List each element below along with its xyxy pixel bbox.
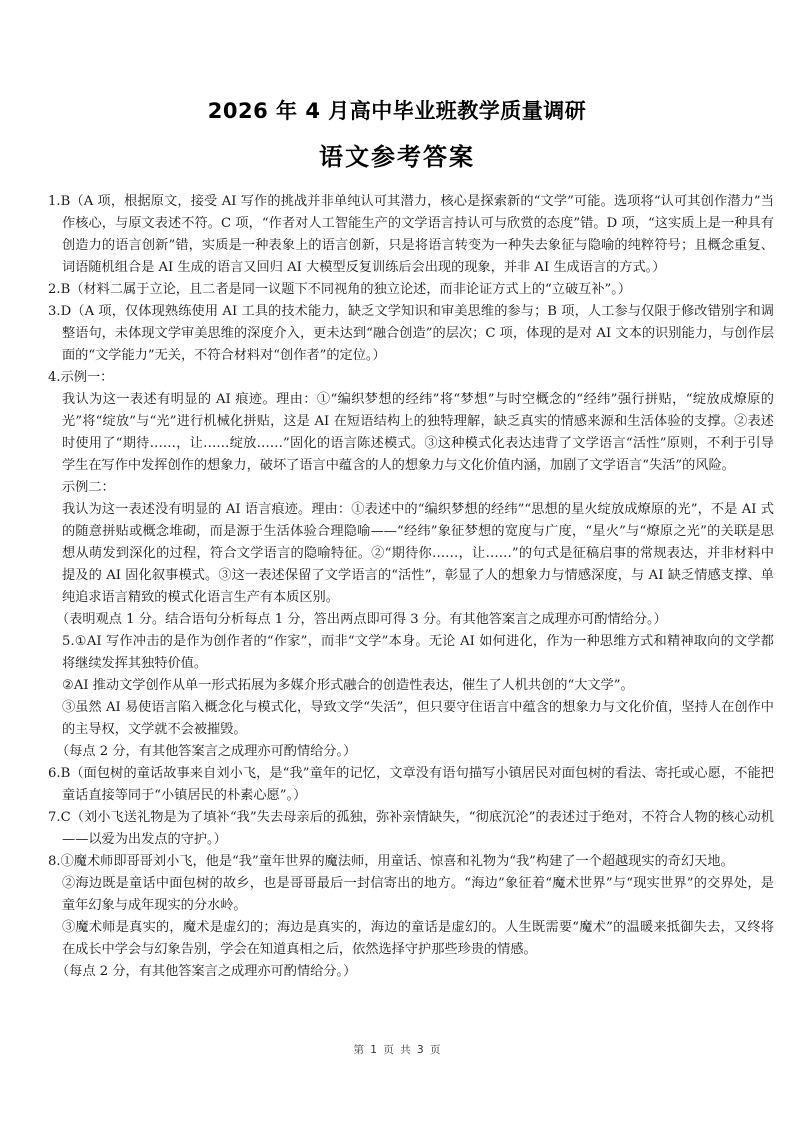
answer-q4-head: 4.示例一： xyxy=(48,367,774,389)
answer-q3: 3.D（A 项，仅体现熟练使用 AI 工具的技术能力，缺乏文学知识和审美思维的参… xyxy=(48,301,774,367)
answer-q8-point3: ③魔术师是真实的，魔术是虚幻的；海边是真实的，海边的童话是虚幻的。人生既需要“魔… xyxy=(48,917,774,961)
answer-key-page: 2026 年 4 月高中毕业班教学质量调研 语文参考答案 1.B（A 项，根据原… xyxy=(0,0,794,1123)
answer-q2: 2.B（材料二属于立论，且二者是同一议题下不同视角的独立论述，而非论证方式上的“… xyxy=(48,279,774,301)
document-title: 2026 年 4 月高中毕业班教学质量调研 xyxy=(0,95,794,125)
answer-q5-point2: ②AI 推动文学创作从单一形式拓展为多媒介形式融合的创造性表达，催生了人机共创的… xyxy=(48,675,774,697)
answer-q8-point1: 8.①魔术师即哥哥刘小飞，他是“我”童年世界的魔法师，用童话、惊喜和礼物为“我”… xyxy=(48,851,774,873)
answer-q4-scoring: （表明观点 1 分。结合语句分析每点 1 分，答出两点即可得 3 分。有其他答案… xyxy=(48,609,774,631)
page-indicator: 第 1 页 共 3 页 xyxy=(0,1042,794,1057)
answer-q1: 1.B（A 项，根据原文，接受 AI 写作的挑战并非单纯认可其潜力，核心是探索新… xyxy=(48,191,774,279)
document-subtitle: 语文参考答案 xyxy=(0,137,794,172)
answer-q8-point2: ②海边既是童话中面包树的故乡，也是哥哥最后一封信寄出的地方。“海边”象征着“魔术… xyxy=(48,873,774,917)
answer-q5: 5.①AI 写作冲击的是作为创作者的“作家”，而非“文学”本身。无论 AI 如何… xyxy=(48,631,774,763)
answer-q7: 7.C（刘小飞送礼物是为了填补“我”失去母亲后的孤独，弥补亲情缺失，“彻底沉沦”… xyxy=(48,807,774,851)
answer-q4: 4.示例一： 我认为这一表述有明显的 AI 痕迹。理由：①“编织梦想的经纬”将“… xyxy=(48,367,774,631)
answer-q8-scoring: （每点 2 分，有其他答案言之成理亦可酌情给分。） xyxy=(48,961,774,983)
answer-q5-point1: 5.①AI 写作冲击的是作为创作者的“作家”，而非“文学”本身。无论 AI 如何… xyxy=(48,631,774,675)
answer-q5-scoring: （每点 2 分，有其他答案言之成理亦可酌情给分。） xyxy=(48,741,774,763)
answer-q4-example1: 我认为这一表述有明显的 AI 痕迹。理由：①“编织梦想的经纬”将“梦想”与时空概… xyxy=(48,389,774,477)
answer-q4-example2-label: 示例二： xyxy=(48,477,774,499)
answer-body: 1.B（A 项，根据原文，接受 AI 写作的挑战并非单纯认可其潜力，核心是探索新… xyxy=(48,191,774,983)
answer-q6: 6.B（面包树的童话故事来自刘小飞，是“我”童年的记忆，文章没有语句描写小镇居民… xyxy=(48,763,774,807)
answer-q4-example2: 我认为这一表述没有明显的 AI 语言痕迹。理由：①表述中的“编织梦想的经纬”“思… xyxy=(48,499,774,609)
answer-q8: 8.①魔术师即哥哥刘小飞，他是“我”童年世界的魔法师，用童话、惊喜和礼物为“我”… xyxy=(48,851,774,983)
answer-q5-point3: ③虽然 AI 易使语言陷入概念化与模式化，导致文学“失活”，但只要守住语言中蕴含… xyxy=(48,697,774,741)
